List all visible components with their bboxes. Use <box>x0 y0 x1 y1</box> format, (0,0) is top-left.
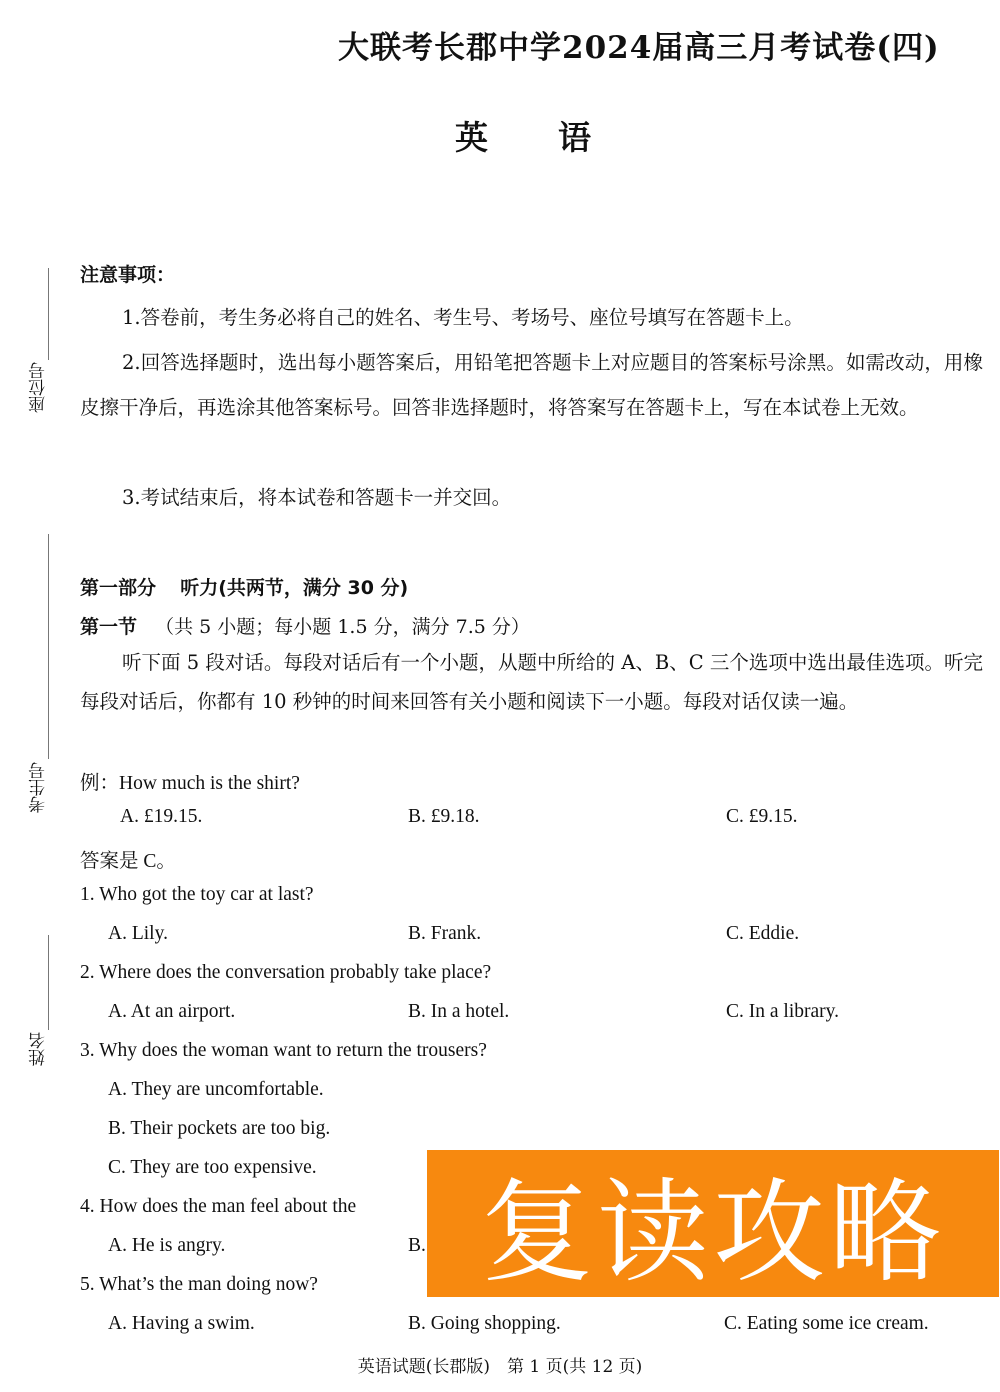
page-footer: 英语试题(长郡版) 第 1 页(共 12 页) <box>0 1352 1000 1377</box>
margin-line <box>48 935 49 1030</box>
section-label: 第一节 <box>80 616 137 638</box>
q4-option-a: A. He is angry. <box>108 1235 225 1257</box>
question-2: 2. Where does the conversation probably … <box>80 962 491 984</box>
margin-line <box>48 534 49 759</box>
q1-option-a: A. Lily. <box>108 923 168 945</box>
part-description: 听力(共两节，满分 30 分) <box>180 577 408 599</box>
q3-option-b: B. Their pockets are too big. <box>108 1118 330 1140</box>
q2-option-a: A. At an airport. <box>108 1001 235 1023</box>
example-option-c: C. £9.15. <box>726 806 798 828</box>
q2-option-b: B. In a hotel. <box>408 1001 509 1023</box>
question-3: 3. Why does the woman want to return the… <box>80 1040 487 1062</box>
notice-item-1: 1.答卷前，考生务必将自己的姓名、考生号、考场号、座位号填写在答题卡上。 <box>80 295 983 340</box>
q5-option-b: B. Going shopping. <box>408 1313 561 1335</box>
question-4: 4. How does the man feel about the <box>80 1196 356 1218</box>
seat-number-label: 座位号 <box>26 362 51 413</box>
notice-item-2: 2.回答选择题时，选出每小题答案后，用铅笔把答题卡上对应题目的答案标号涂黑。如需… <box>80 340 983 430</box>
example-option-a: A. £19.15. <box>120 806 202 828</box>
q5-option-a: A. Having a swim. <box>108 1313 255 1335</box>
question-1: 1. Who got the toy car at last? <box>80 884 314 906</box>
section-description: （共 5 小题；每小题 1.5 分，满分 7.5 分） <box>155 616 530 638</box>
q3-option-c: C. They are too expensive. <box>108 1157 317 1179</box>
question-5: 5. What’s the man doing now? <box>80 1274 318 1296</box>
q1-option-c: C. Eddie. <box>726 923 799 945</box>
part-heading: 第一部分 听力(共两节，满分 30 分) <box>80 573 408 600</box>
watermark-banner: 复读攻略 <box>427 1150 999 1297</box>
q3-option-a: A. They are uncomfortable. <box>108 1079 324 1101</box>
part-label: 第一部分 <box>80 577 156 599</box>
name-label: 姓名 <box>26 1032 51 1066</box>
section-heading: 第一节 （共 5 小题；每小题 1.5 分，满分 7.5 分） <box>80 612 530 639</box>
q5-option-c: C. Eating some ice cream. <box>724 1313 929 1335</box>
subject-title: 英语 <box>455 112 661 159</box>
listening-instructions: 听下面 5 段对话。每段对话后有一个小题，从题中所给的 A、B、C 三个选项中选… <box>80 643 983 721</box>
example-option-b: B. £9.18. <box>408 806 480 828</box>
notice-item-3: 3.考试结束后，将本试卷和答题卡一并交回。 <box>80 475 983 520</box>
q2-option-c: C. In a library. <box>726 1001 839 1023</box>
example-question: 例：How much is the shirt? <box>80 767 300 795</box>
notice-heading: 注意事项： <box>80 260 175 287</box>
q1-option-b: B. Frank. <box>408 923 481 945</box>
example-answer: 答案是 C。 <box>80 845 176 873</box>
margin-line <box>48 268 49 360</box>
q4-option-b: B. <box>408 1235 426 1257</box>
candidate-number-label: 考生号 <box>26 762 51 813</box>
exam-title: 大联考长郡中学2024届高三月考试卷(四) <box>338 22 940 67</box>
